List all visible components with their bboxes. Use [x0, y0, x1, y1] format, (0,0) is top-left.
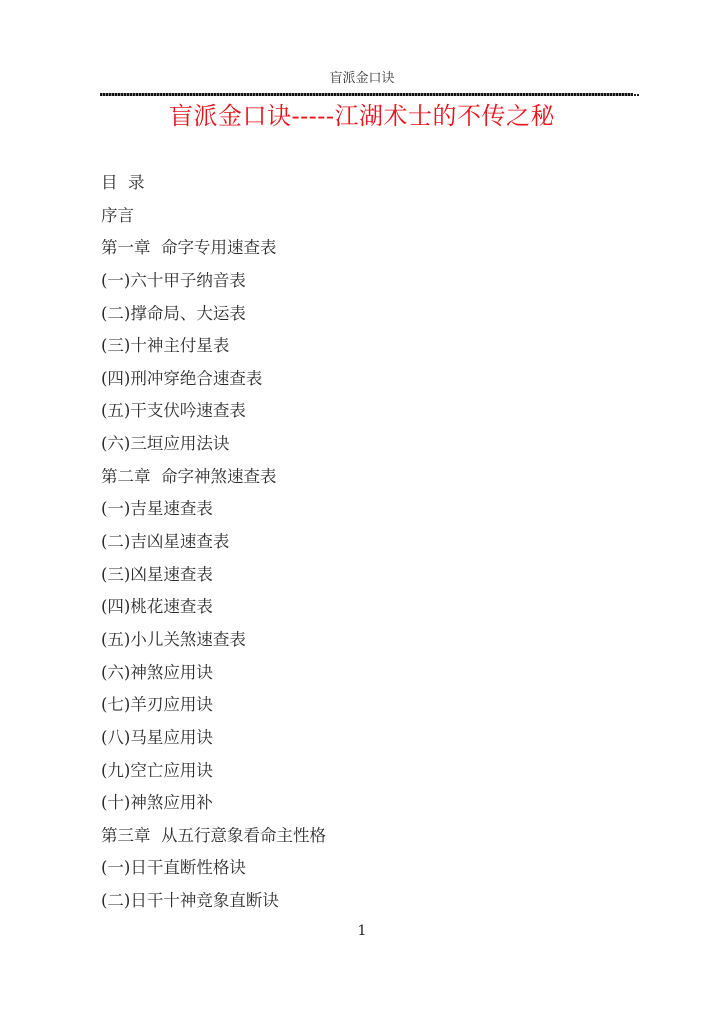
- toc-item: (二)撑命局、大运表: [101, 302, 326, 335]
- toc-item: (一)六十甲子纳音表: [101, 269, 326, 302]
- toc-item: (一)日干直断性格诀: [101, 856, 326, 889]
- toc-chapter: 第一章 命字专用速查表: [101, 236, 326, 269]
- toc-chapter: 第三章 从五行意象看命主性格: [101, 824, 326, 857]
- toc-item: 序言: [101, 204, 326, 237]
- page-number: 1: [0, 922, 724, 940]
- toc-item: (五)干支伏吟速查表: [101, 399, 326, 432]
- toc-item: (三)十神主付星表: [101, 334, 326, 367]
- toc-item: (一)吉星速查表: [101, 497, 326, 530]
- toc-item: (六)神煞应用诀: [101, 661, 326, 694]
- table-of-contents: 目 录 序言 第一章 命字专用速查表 (一)六十甲子纳音表 (二)撑命局、大运表…: [101, 171, 326, 922]
- toc-item: (三)凶星速查表: [101, 563, 326, 596]
- running-header: 盲派金口诀: [0, 71, 724, 87]
- toc-item: (八)马星应用诀: [101, 726, 326, 759]
- toc-heading: 目 录: [101, 171, 326, 204]
- toc-item: (七)羊刃应用诀: [101, 693, 326, 726]
- toc-item: (二)吉凶星速查表: [101, 530, 326, 563]
- toc-item: (九)空亡应用诀: [101, 759, 326, 792]
- toc-item: (四)桃花速查表: [101, 595, 326, 628]
- toc-item: (十)神煞应用补: [101, 791, 326, 824]
- toc-item: (五)小儿关煞速查表: [101, 628, 326, 661]
- toc-item: (二)日干十神竞象直断诀: [101, 889, 326, 922]
- header-rule-divider: [100, 93, 633, 96]
- header-rule-divider-tail: [634, 94, 640, 96]
- toc-item: (六)三垣应用法诀: [101, 432, 326, 465]
- toc-item: (四)刑冲穿绝合速查表: [101, 367, 326, 400]
- document-title: 盲派金口诀-----江湖术士的不传之秘: [0, 100, 724, 132]
- document-page: 盲派金口诀 盲派金口诀-----江湖术士的不传之秘 目 录 序言 第一章 命字专…: [0, 0, 724, 1024]
- toc-chapter: 第二章 命字神煞速查表: [101, 465, 326, 498]
